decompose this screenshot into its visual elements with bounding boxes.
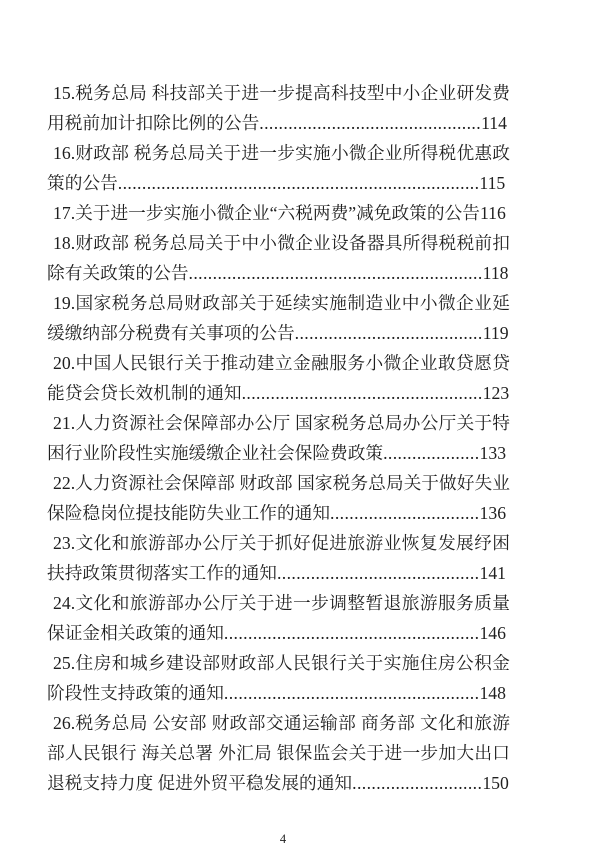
toc-entry: 22.人力资源社会保障部 财政部 国家税务总局关于做好失业保险稳岗位提技能防失业… [47, 468, 510, 528]
toc-entry-page-number: 116 [480, 203, 506, 223]
toc-entry-page-number: 118 [483, 263, 509, 283]
toc-entry: 19.国家税务总局财政部关于延续实施制造业中小微企业延缓缴纳部分税费有关事项的公… [47, 288, 510, 348]
toc-entry: 25.住房和城乡建设部财政部人民银行关于实施住房公积金阶段性支持政策的通知...… [47, 648, 510, 708]
page-footer: 4 [0, 831, 589, 847]
toc-entry-page-number: 123 [483, 383, 510, 403]
dot-leader: ........................................… [224, 623, 480, 643]
toc-entry-page-number: 114 [481, 113, 507, 133]
dot-leader: ........................................… [242, 383, 483, 403]
toc-entry: 15.税务总局 科技部关于进一步提高科技型中小企业研发费用税前加计扣除比例的公告… [47, 78, 510, 138]
toc-entry-list: 15.税务总局 科技部关于进一步提高科技型中小企业研发费用税前加计扣除比例的公告… [47, 78, 510, 798]
dot-leader: ........................... [352, 773, 482, 793]
toc-entry: 18.财政部 税务总局关于中小微企业设备器具所得税税前扣除有关政策的公告....… [47, 228, 510, 288]
toc-entry: 21.人力资源社会保障部办公厅 国家税务总局办公厅关于特困行业阶段性实施缓缴企业… [47, 408, 510, 468]
dot-leader: ....................................... [295, 323, 483, 343]
toc-entry-page-number: 150 [482, 773, 509, 793]
toc-entry: 23.文化和旅游部办公厅关于抓好促进旅游业恢复发展纾困扶持政策贯彻落实工作的通知… [47, 528, 510, 588]
dot-leader: .................... [383, 443, 479, 463]
toc-entry-page-number: 146 [479, 623, 506, 643]
toc-entry-page-number: 136 [480, 503, 507, 523]
toc-entry-page-number: 115 [479, 173, 505, 193]
dot-leader: ........................................… [224, 683, 480, 703]
toc-entry: 26.税务总局 公安部 财政部交通运输部 商务部 文化和旅游部人民银行 海关总署… [47, 708, 510, 798]
toc-entry-page-number: 141 [479, 563, 506, 583]
toc-entry: 24.文化和旅游部办公厅关于进一步调整暂退旅游服务质量保证金相关政策的通知...… [47, 588, 510, 648]
dot-leader: ........................................… [118, 173, 480, 193]
dot-leader: ............................... [330, 503, 479, 523]
dot-leader: ........................................… [189, 263, 483, 283]
toc-entry-page-number: 119 [483, 323, 509, 343]
toc-entry-page-number: 148 [479, 683, 506, 703]
toc-entry: 17.关于进一步实施小微企业“六税两费”减免政策的公告116 [47, 198, 510, 228]
dot-leader: ........................................… [259, 113, 481, 133]
toc-entry: 16.财政部 税务总局关于进一步实施小微企业所得税优惠政策的公告........… [47, 138, 510, 198]
page-number: 4 [280, 832, 286, 846]
table-of-contents: 15.税务总局 科技部关于进一步提高科技型中小企业研发费用税前加计扣除比例的公告… [47, 78, 510, 798]
dot-leader: ........................................… [277, 563, 480, 583]
toc-entry-title: 17.关于进一步实施小微企业“六税两费”减免政策的公告 [53, 203, 480, 223]
toc-entry: 20.中国人民银行关于推动建立金融服务小微企业敢贷愿贷能贷会贷长效机制的通知..… [47, 348, 510, 408]
document-page: 15.税务总局 科技部关于进一步提高科技型中小企业研发费用税前加计扣除比例的公告… [0, 0, 589, 859]
toc-entry-page-number: 133 [480, 443, 507, 463]
